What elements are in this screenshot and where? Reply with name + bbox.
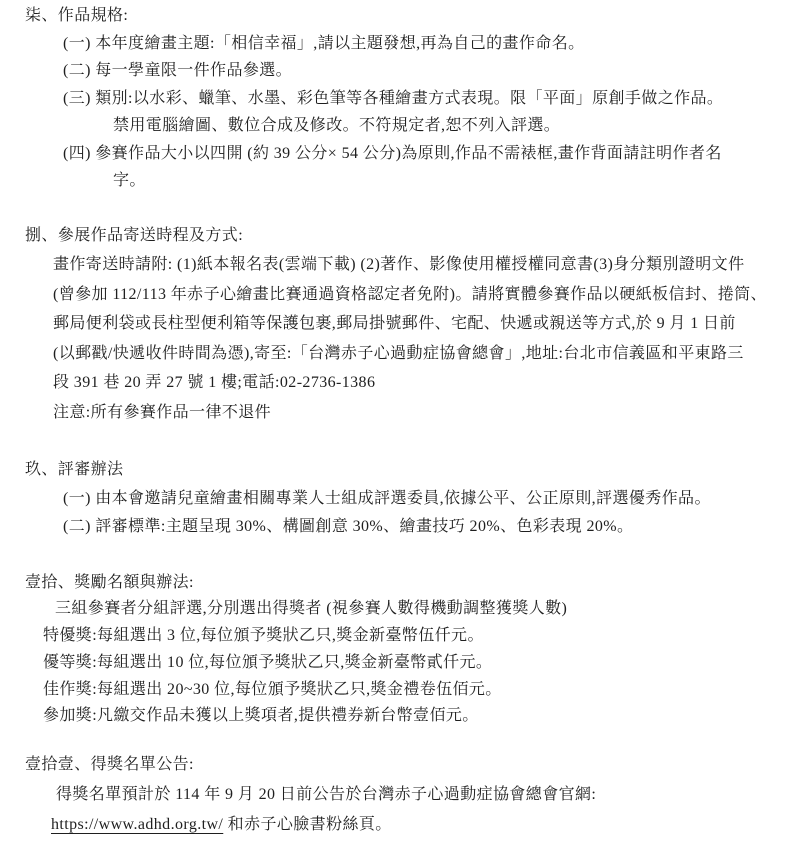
doc-line: 注意:所有參賽作品一律不退件 [53,398,782,428]
section-9-judging-method: 玖、評審辦法(一) 由本會邀請兒童繪畫相關專業人士組成評選委員,依據公平、公正原… [25,456,782,542]
doc-line: (以郵戳/快遞收件時間為憑),寄至:「台灣赤子心過動症協會總會」,地址:台北市信… [53,339,782,369]
doc-line: (二) 評審標準:主題呈現 30%、構圖創意 30%、繪畫技巧 20%、色彩表現… [63,513,782,542]
doc-line: (二) 每一學童限一件作品參選。 [63,57,782,85]
doc-line: 佳作獎:每組選出 20~30 位,每位頒予獎狀乙只,獎金禮卷伍佰元。 [43,677,782,704]
doc-line: (三) 類別:以水彩、蠟筆、水墨、彩色筆等各種繪畫方式表現。限「平面」原創手做之… [63,85,782,113]
section-header: 壹拾、獎勵名額與辦法: [25,570,782,597]
section-header: 玖、評審辦法 [25,456,782,485]
doc-line: 優等獎:每組選出 10 位,每位頒予獎狀乙只,獎金新臺幣貳仟元。 [43,650,782,677]
doc-line: (曾參加 112/113 年赤子心繪畫比賽通過資格認定者免附)。請將實體參賽作品… [53,280,782,310]
doc-line: 禁用電腦繪圖、數位合成及修改。不符規定者,恕不列入評選。 [113,112,782,140]
section-7-artwork-specifications: 柒、作品規格:(一) 本年度繪畫主題:「相信幸福」,請以主題發想,再為自己的畫作… [25,2,782,195]
section-header: 捌、參展作品寄送時程及方式: [25,221,782,251]
doc-line: 參加獎:凡繳交作品未獲以上獎項者,提供禮券新台幣壹佰元。 [43,703,782,730]
section-11-winner-announcement: 壹拾壹、得獎名單公告:得獎名單預計於 114 年 9 月 20 日前公告於台灣赤… [25,750,782,840]
doc-line: 字。 [113,167,782,195]
document-page: 柒、作品規格:(一) 本年度繪畫主題:「相信幸福」,請以主題發想,再為自己的畫作… [0,0,790,855]
doc-line: https://www.adhd.org.tw/ 和赤子心臉書粉絲頁。 [51,810,782,840]
website-link[interactable]: https://www.adhd.org.tw/ [51,816,223,833]
section-header: 柒、作品規格: [25,2,782,30]
document: 柒、作品規格:(一) 本年度繪畫主題:「相信幸福」,請以主題發想,再為自己的畫作… [25,2,782,840]
section-8-submission-schedule-method: 捌、參展作品寄送時程及方式:畫作寄送時請附: (1)紙本報名表(雲端下載) (2… [25,221,782,428]
doc-text: 和赤子心臉書粉絲頁。 [223,816,391,833]
doc-line: 畫作寄送時請附: (1)紙本報名表(雲端下載) (2)著作、影像使用權授權同意書… [53,250,782,280]
doc-line: 得獎名單預計於 114 年 9 月 20 日前公告於台灣赤子心過動症協會總會官網… [56,780,782,810]
doc-line: 三組參賽者分組評選,分別選出得獎者 (視參賽人數得機動調整獲獎人數) [55,596,782,623]
doc-line: (一) 由本會邀請兒童繪畫相關專業人士組成評選委員,依據公平、公正原則,評選優秀… [63,485,782,514]
doc-line: 郵局便利袋或長柱型便利箱等保護包裹,郵局掛號郵件、宅配、快遞或親送等方式,於 9… [53,309,782,339]
doc-line: 特優獎:每組選出 3 位,每位頒予獎狀乙只,獎金新臺幣伍仟元。 [43,623,782,650]
doc-line: (四) 參賽作品大小以四開 (約 39 公分× 54 公分)為原則,作品不需裱框… [63,140,782,168]
section-10-awards-quota-method: 壹拾、獎勵名額與辦法:三組參賽者分組評選,分別選出得獎者 (視參賽人數得機動調整… [25,570,782,731]
doc-line: (一) 本年度繪畫主題:「相信幸福」,請以主題發想,再為自己的畫作命名。 [63,30,782,58]
section-header: 壹拾壹、得獎名單公告: [25,750,782,780]
doc-line: 段 391 巷 20 弄 27 號 1 樓;電話:02-2736-1386 [53,368,782,398]
